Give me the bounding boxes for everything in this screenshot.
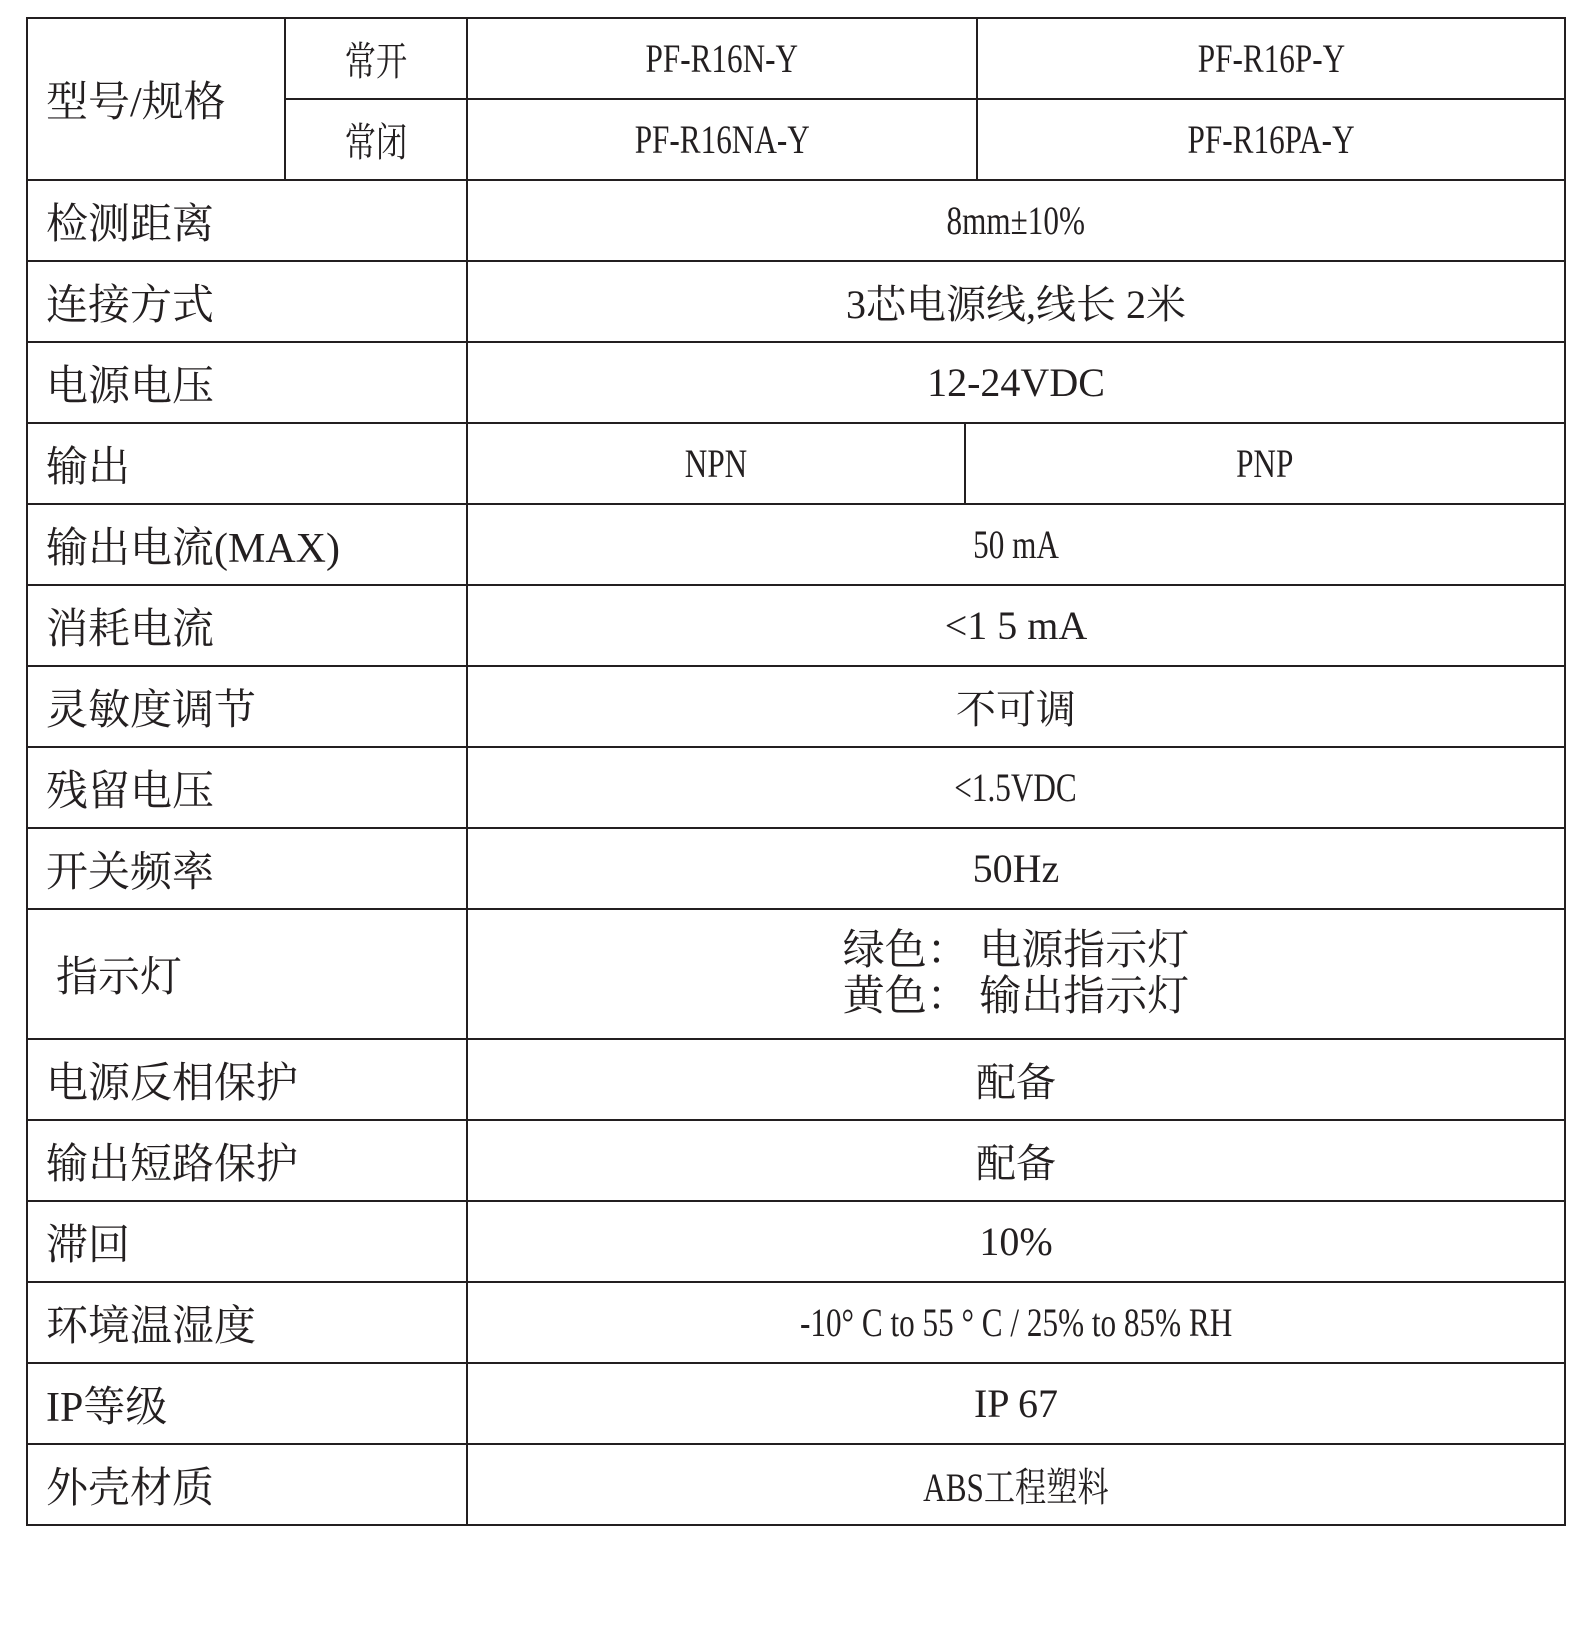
row-output: 输出 NPN PNP [27, 423, 1565, 504]
value-output-npn: NPN [467, 423, 965, 504]
row-reverse-protection: 电源反相保护 配备 [27, 1039, 1565, 1120]
label-ip-rating: IP等级 [27, 1363, 467, 1444]
value-reverse-protection: 配备 [467, 1039, 1565, 1120]
spec-table: 型号/规格 常开 PF-R16N-Y PF-R16P-Y 常闭 PF-R16NA… [26, 17, 1566, 1526]
row-hysteresis: 滞回 10% [27, 1201, 1565, 1282]
label-housing: 外壳材质 [27, 1444, 467, 1525]
row-detection-distance: 检测距离 8mm±10% [27, 180, 1565, 261]
value-consumption-current: <1 5 mA [467, 585, 1565, 666]
label-indicator: 指示灯 [27, 909, 467, 1039]
value-hysteresis: 10% [467, 1201, 1565, 1282]
label-environment: 环境温湿度 [27, 1282, 467, 1363]
label-output: 输出 [27, 423, 467, 504]
value-sensitivity: 不可调 [467, 666, 1565, 747]
value-short-protection: 配备 [467, 1120, 1565, 1201]
value-residual-voltage: <1.5VDC [467, 747, 1565, 828]
value-ip-rating: IP 67 [467, 1363, 1565, 1444]
indicator-green: 绿色： 电源指示灯 [468, 928, 1564, 974]
label-supply-voltage: 电源电压 [27, 342, 467, 423]
model-pnp-no: PF-R16P-Y [977, 18, 1565, 99]
row-housing: 外壳材质 ABS工程塑料 [27, 1444, 1565, 1525]
value-indicator: 绿色： 电源指示灯 黄色： 输出指示灯 [467, 909, 1565, 1039]
value-supply-voltage: 12-24VDC [467, 342, 1565, 423]
label-connection: 连接方式 [27, 261, 467, 342]
model-row-no: 型号/规格 常开 PF-R16N-Y PF-R16P-Y [27, 18, 1565, 99]
value-connection: 3芯电源线,线长 2米 [467, 261, 1565, 342]
row-short-protection: 输出短路保护 配备 [27, 1120, 1565, 1201]
value-switching-frequency: 50Hz [467, 828, 1565, 909]
type-no: 常开 [285, 18, 467, 99]
model-pnp-nc: PF-R16PA-Y [977, 99, 1565, 180]
value-output-pnp: PNP [965, 423, 1565, 504]
label-detection-distance: 检测距离 [27, 180, 467, 261]
label-switching-frequency: 开关频率 [27, 828, 467, 909]
type-nc: 常闭 [285, 99, 467, 180]
row-output-current: 输出电流(MAX) 50 mA [27, 504, 1565, 585]
row-connection: 连接方式 3芯电源线,线长 2米 [27, 261, 1565, 342]
indicator-yellow: 黄色： 输出指示灯 [468, 974, 1564, 1020]
label-hysteresis: 滞回 [27, 1201, 467, 1282]
label-output-current: 输出电流(MAX) [27, 504, 467, 585]
row-environment: 环境温湿度 -10° C to 55 ° C / 25% to 85% RH [27, 1282, 1565, 1363]
label-short-protection: 输出短路保护 [27, 1120, 467, 1201]
label-residual-voltage: 残留电压 [27, 747, 467, 828]
model-npn-no: PF-R16N-Y [467, 18, 977, 99]
label-reverse-protection: 电源反相保护 [27, 1039, 467, 1120]
row-consumption-current: 消耗电流 <1 5 mA [27, 585, 1565, 666]
row-switching-frequency: 开关频率 50Hz [27, 828, 1565, 909]
label-sensitivity: 灵敏度调节 [27, 666, 467, 747]
value-output-current: 50 mA [467, 504, 1565, 585]
model-npn-nc: PF-R16NA-Y [467, 99, 977, 180]
row-sensitivity: 灵敏度调节 不可调 [27, 666, 1565, 747]
value-environment: -10° C to 55 ° C / 25% to 85% RH [467, 1282, 1565, 1363]
row-ip-rating: IP等级 IP 67 [27, 1363, 1565, 1444]
row-supply-voltage: 电源电压 12-24VDC [27, 342, 1565, 423]
value-housing: ABS工程塑料 [467, 1444, 1565, 1525]
model-label: 型号/规格 [27, 18, 285, 180]
row-indicator: 指示灯 绿色： 电源指示灯 黄色： 输出指示灯 [27, 909, 1565, 1039]
label-consumption-current: 消耗电流 [27, 585, 467, 666]
row-residual-voltage: 残留电压 <1.5VDC [27, 747, 1565, 828]
value-detection-distance: 8mm±10% [467, 180, 1565, 261]
